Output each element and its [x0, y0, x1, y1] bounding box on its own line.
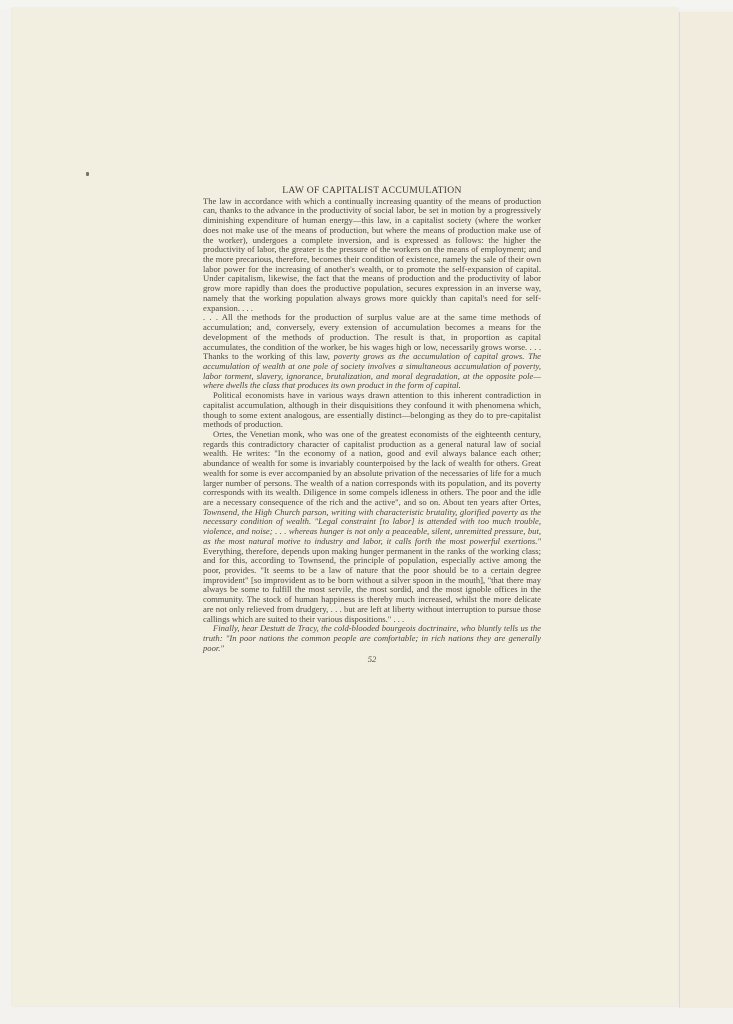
paragraph-text: Everything, therefore, depends upon maki…: [203, 546, 541, 624]
page-title: LAW OF CAPITALIST ACCUMULATION: [203, 186, 541, 196]
paragraph-text: Ortes, the Venetian monk, who was one of…: [203, 429, 541, 507]
paragraph-5: Finally, hear Destutt de Tracy, the cold…: [203, 624, 541, 653]
paragraph-3: Political economists have in various way…: [203, 391, 541, 430]
italic-quote-townsend: Townsend, the High Church parson, writin…: [203, 507, 541, 546]
paragraph-text: Finally, hear Destutt de Tracy, the cold…: [203, 623, 541, 652]
facing-page-edge: [679, 12, 733, 1008]
page-number: 52: [203, 655, 541, 665]
paper-speck: [86, 172, 89, 176]
paragraph-1: The law in accordance with which a conti…: [203, 197, 541, 314]
paragraph-2: . . . All the methods for the production…: [203, 313, 541, 391]
text-block: LAW OF CAPITALIST ACCUMULATION The law i…: [203, 186, 541, 664]
paragraph-4: Ortes, the Venetian monk, who was one of…: [203, 430, 541, 624]
paragraph-text: Political economists have in various way…: [203, 390, 541, 429]
paragraph-text: The law in accordance with which a conti…: [203, 196, 541, 313]
